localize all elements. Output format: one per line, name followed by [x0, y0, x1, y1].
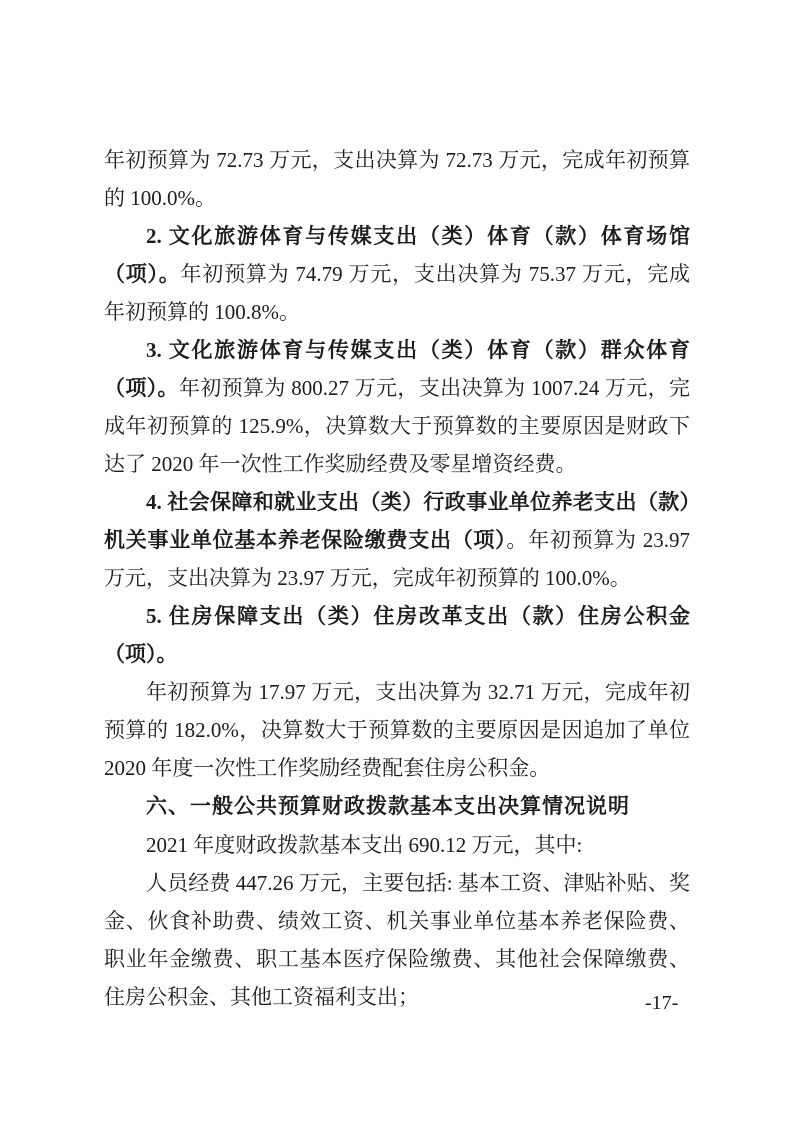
emphasis-text: 六、一般公共预算财政拨款基本支出决算情况说明	[146, 795, 630, 818]
budget-item-4-pension-contribution: 4. 社会保障和就业支出（类）行政事业单位养老支出（款）机关事业单位基本养老保险…	[104, 483, 690, 597]
budget-item-5-housing-fund-detail: 年初预算为 17.97 万元，支出决算为 32.71 万元，完成年初预算的 18…	[104, 673, 690, 787]
budget-item-3-mass-sports: 3. 文化旅游体育与传媒支出（类）体育（款）群众体育（项）。年初预算为 800.…	[104, 331, 690, 483]
body-text: 年初预算为 74.79 万元，支出决算为 75.37 万元，完成年初预算的 10…	[104, 262, 690, 324]
page-number: -17-	[645, 991, 705, 1015]
body-text: 2021 年度财政拨款基本支出 690.12 万元，其中:	[146, 833, 582, 857]
document-page: 年初预算为 72.73 万元，支出决算为 72.73 万元，完成年初预算的 10…	[0, 0, 793, 1122]
emphasis-text: 5. 住房保障支出（类）住房改革支出（款）住房公积金（项）。	[104, 604, 690, 666]
paragraph-sports-admin-continuation: 年初预算为 72.73 万元，支出决算为 72.73 万元，完成年初预算的 10…	[104, 141, 690, 217]
body-text: 人员经费 447.26 万元，主要包括: 基本工资、津贴补贴、奖金、伙食补助费、…	[104, 871, 690, 1009]
body-text: 年初预算为 72.73 万元，支出决算为 72.73 万元，完成年初预算的 10…	[104, 148, 690, 210]
budget-item-2-sports-venues: 2. 文化旅游体育与传媒支出（类）体育（款）体育场馆（项）。年初预算为 74.7…	[104, 217, 690, 331]
personnel-expenses-detail: 人员经费 447.26 万元，主要包括: 基本工资、津贴补贴、奖金、伙食补助费、…	[104, 864, 690, 1016]
basic-expenditure-summary: 2021 年度财政拨款基本支出 690.12 万元，其中:	[104, 826, 690, 864]
budget-item-5-housing-fund-heading: 5. 住房保障支出（类）住房改革支出（款）住房公积金（项）。	[104, 597, 690, 673]
section-six-heading: 六、一般公共预算财政拨款基本支出决算情况说明	[104, 787, 690, 826]
body-text: 年初预算为 800.27 万元，支出决算为 1007.24 万元，完成年初预算的…	[104, 376, 690, 476]
body-text: 年初预算为 17.97 万元，支出决算为 32.71 万元，完成年初预算的 18…	[104, 680, 690, 780]
document-body: 年初预算为 72.73 万元，支出决算为 72.73 万元，完成年初预算的 10…	[104, 141, 690, 1016]
